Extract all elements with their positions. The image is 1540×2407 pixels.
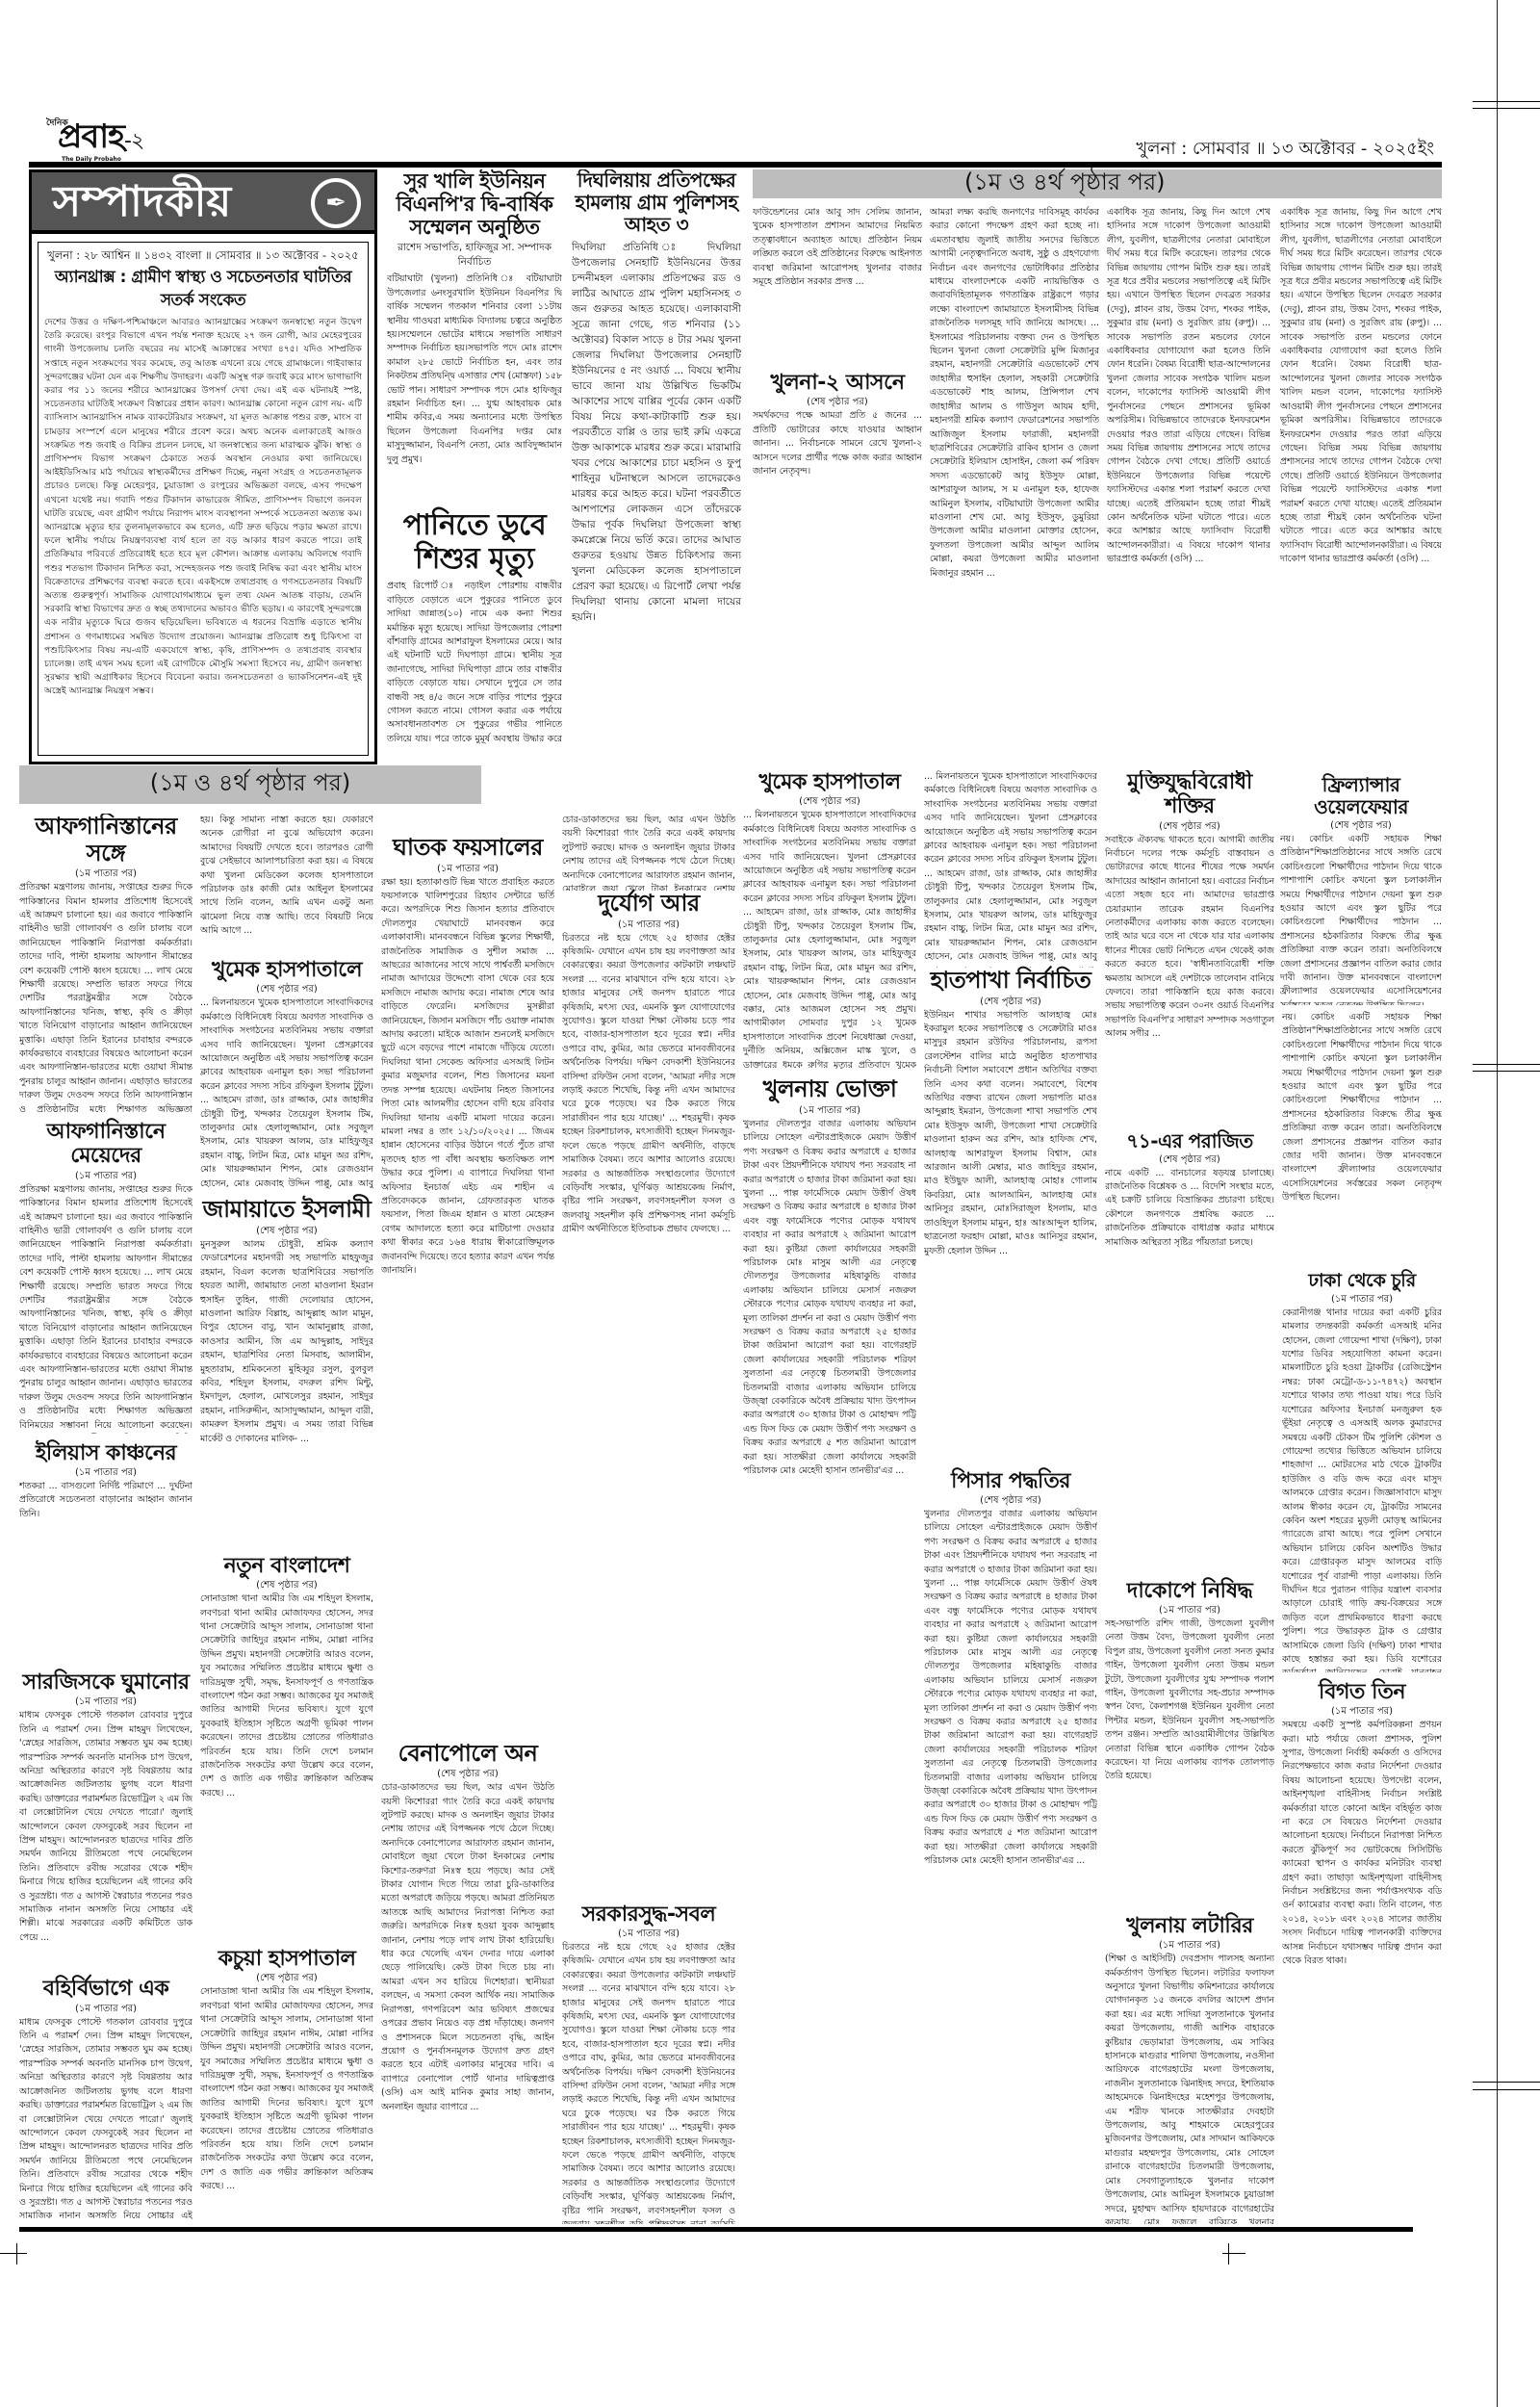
story-dakope: খুলনায় লটারির (১ম পাতার পর) (শিক্ষা ও আ… <box>1105 1914 1274 2224</box>
continuation-bar-middle: (১ম ও ৪র্থ পৃষ্ঠার পর) <box>19 765 481 804</box>
story-body: সোনাডাঙ্গা থানা আমীর জি এম শহিদুল ইসলাম,… <box>200 1985 373 2193</box>
continuation-note: (১ম পাতার পর) <box>1105 1603 1274 1618</box>
story-headline: দিঘলিয়ায় প্রতিপক্ষের হামলায় গ্রাম পুল… <box>572 169 741 236</box>
column-text: হয়। কিন্তু সামান্য নাস্তা করতে হয়। যেক… <box>200 814 373 958</box>
story-body: প্রতিরক্ষা মন্ত্রণালয় জানায়, সপ্তাহের … <box>19 881 192 1112</box>
continuation-note: (শেষ পৃষ্ঠার পর) <box>381 1767 554 1781</box>
story-headline: সরকারসুদ্ধ-সবল <box>562 1902 735 1927</box>
story-body: ইউনিয়ন শাখার সভাপতি আলহাজ্ব মোঃ ইকরামুল… <box>924 1009 1097 1462</box>
story-headline: খুমেক হাসপাতাল <box>743 770 916 794</box>
story-body: চোর-ডাকাতদের ভয় ছিল, আর এখন উঠতি বয়সী … <box>381 1781 554 2114</box>
story-body: খুলনার দৌলতপুর বাজার এলাকায় অভিযান চালি… <box>924 1508 1097 2162</box>
story-body: সহ-সভাপতি রশিদ গাজী, উপজেলা যুবলীগ নেতা … <box>1105 1618 1274 1906</box>
newspaper-logo: দৈনিক প্রবাহ-২ The Daily Probaho <box>29 114 183 168</box>
story-hatpakha: হাতপাখা নির্বাচিত (শেষ পৃষ্ঠার পর) ইউনিয… <box>924 968 1097 1462</box>
continuation-bar-top: (১ম ও ৪র্থ পৃষ্ঠার পর) <box>753 169 1442 198</box>
story-bohirvag: বহির্বিভাগে এক (১ম পাতার পর) মাধ্যম ফেসব… <box>19 1977 192 2224</box>
crop-mark <box>1473 2089 1540 2090</box>
continuation-note: (১ম পাতার পর) <box>1282 1292 1442 1307</box>
story-headline: খুলনায় লটারির <box>1105 1914 1274 1938</box>
logo-name: প্রবাহ-২ <box>58 119 143 159</box>
continuation-note: (১ম পাতার পর) <box>743 1103 916 1118</box>
story-pishar: পিসার পদ্ধতির (শেষ পৃষ্ঠার পর) খুলনার দৌ… <box>924 1469 1097 2162</box>
story-ghatok: ঘাতক ফয়সালের (১ম পাতার পর) রক্ষা হয়। হ… <box>381 835 554 1733</box>
story-body: কেরানীগঞ্জ থানার দায়ের করা একটি চুরির ম… <box>1282 1307 1442 1672</box>
crop-mark <box>1473 2082 1540 2083</box>
story-body: খুলনার দৌলতপুর বাজার এলাকায় অভিযান চালি… <box>743 1118 916 2138</box>
story-body: নয়। কোচিং একটি সহায়ক শিক্ষা প্রতিষ্ঠান… <box>1280 833 1442 1005</box>
continuation-note: (শেষ পৃষ্ঠার পর) <box>924 995 1097 1009</box>
story-headline: আফগানিস্তানের সঙ্গে <box>19 814 192 867</box>
story-headline: ঘাতক ফয়সালের <box>381 835 554 862</box>
masthead-rule <box>29 162 1442 168</box>
story-headline: দাকোপে নিষিদ্ধ <box>1105 1579 1274 1603</box>
story-headline: ফ্রিল্যান্সার ওয়েলফেয়ার <box>1280 774 1442 818</box>
story-sarkar-sobol: সরকারসুদ্ধ-সবল (১ম পাতার পর) চিরতরে নষ্ট… <box>562 1902 735 2224</box>
crop-mark <box>1473 101 1540 102</box>
story-subhead: রাশেদ সভাপতি, হাফিজুর সা. সম্পাদক নির্বা… <box>387 241 562 270</box>
story-headline: হাতপাখা নির্বাচিত <box>924 968 1097 995</box>
continuation-note: (১ম পাতার পর) <box>1282 1704 1442 1719</box>
crop-mark <box>1228 2243 1229 2265</box>
story-body: শতকরা ... বাসগুলো নির্দিষ্ট পরিমাণে ... … <box>19 1480 192 1663</box>
crop-mark <box>0 2253 27 2254</box>
continuation-note: (১ম পাতার পর) <box>19 1695 192 1709</box>
story-notun-bangladesh: নতুন বাংলাদেশ (শেষ পৃষ্ঠার পর) সোনাডাঙ্গ… <box>200 1554 373 1939</box>
column-5: খুমেক হাসপাতাল (শেষ পৃষ্ঠার পর) ... মিলন… <box>743 770 916 2224</box>
story-headline: ইলিয়াস কাঞ্চনের <box>19 1441 192 1465</box>
drowning-body: প্রবাহ রিপোর্ট ঃ নড়াইল পোরশায় বান্ধবীর… <box>387 580 562 747</box>
story-body: ... মিলনায়তনে খুমেক হাসপাতালে সাংবাদিকদ… <box>743 809 916 1069</box>
page-number: -২ <box>124 129 143 153</box>
column-text: ফাউন্ডেশনের মোঃ আবু সাদ সেলিম জানান, খুম… <box>753 206 922 365</box>
story-body: প্রতিরক্ষা মন্ত্রণালয় জানায়, সপ্তাহের … <box>19 1183 192 1434</box>
editorial-box: সম্পাদকীয় ✒ খুলনা : ২৮ আশ্বিন ॥ ১৪৩২ বা… <box>29 169 377 764</box>
newspaper-page: দৈনিক প্রবাহ-২ The Daily Probaho খুলনা :… <box>0 0 1540 2407</box>
story-seventy-one: দাকোপে নিষিদ্ধ (১ম পাতার পর) সহ-সভাপতি র… <box>1105 1579 1274 1906</box>
story-khumek-2: খুমেক হাসপাতাল (শেষ পৃষ্ঠার পর) ... মিলন… <box>743 770 916 1069</box>
column-text: চোর-ডাকাতদের ভয় ছিল, আর এখন উঠতি বয়সী … <box>562 814 735 891</box>
story-headline: বিগত তিন <box>1282 1680 1442 1704</box>
story-headline: জামায়াতে ইসলামী <box>200 1197 373 1224</box>
continuation-note: (শেষ পৃষ্ঠার পর) <box>200 1971 373 1985</box>
story-body: ... মিলনায়তনে খুমেক হাসপাতালে সাংবাদিকদ… <box>200 996 373 1189</box>
continuation-note: (শেষ পৃষ্ঠার পর) <box>200 1224 373 1238</box>
continuation-note: (১ম পাতার পর) <box>562 1927 735 1941</box>
story-body: সোনাডাঙ্গা থানা আমীর জি এম শহিদুল ইসলাম,… <box>200 1592 373 1939</box>
editorial-banner: সম্পাদকীয় ✒ <box>32 172 374 234</box>
column-3: ঘাতক ফয়সালের (১ম পাতার পর) রক্ষা হয়। হ… <box>381 814 554 2224</box>
page-right-border <box>1497 0 1498 2407</box>
continuation-note: (১ম পাতার পর) <box>1105 1938 1274 1953</box>
story-body: চিরতরে নষ্ট হয়ে গেছে ২৫ হাজার হেক্টর কৃ… <box>562 932 735 1895</box>
continuation-note: (শেষ পৃষ্ঠার পর) <box>1105 1152 1274 1167</box>
story-khumek: খুমেক হাসপাতালে (শেষ পৃষ্ঠার পর) ... মিল… <box>200 958 373 1189</box>
continuation-note: (শেষ পৃষ্ঠার পর) <box>1105 819 1274 834</box>
crop-mark <box>1473 108 1540 109</box>
masthead: দৈনিক প্রবাহ-২ The Daily Probaho খুলনা :… <box>29 114 1492 168</box>
story-muktijuddho: ৭১-এর পরাজিত (শেষ পৃষ্ঠার পর) নামে একটি … <box>1105 1130 1274 1571</box>
column-text: ... মিলনায়তনে খুমেক হাসপাতালে সাংবাদিকদ… <box>924 770 1097 968</box>
story-khulnay-cds: মুক্তিযুদ্ধবিরোধী শক্তির (শেষ পৃষ্ঠার পর… <box>1105 770 1274 1123</box>
column-6: ... মিলনায়তনে খুমেক হাসপাতালে সাংবাদিকদ… <box>924 770 1097 2224</box>
story-headline: সুর খালি ইউনিয়ন বিএনপি'র দ্বি-বার্ষিক স… <box>387 169 562 239</box>
story-freelancer: ঢাকা থেকে চুরি (১ম পাতার পর) কেরানীগঞ্জ … <box>1282 1271 1442 1672</box>
story-afghan-girls: আফগানিস্তানে মেয়েদের (১ম পাতার পর) প্রত… <box>19 1120 192 1434</box>
story-body: মুনসুরুল আলম চৌধুরী, শ্রমিক কল্যাণ ফেডার… <box>200 1238 373 1546</box>
story-headline: মুক্তিযুদ্ধবিরোধী শক্তির <box>1105 770 1274 819</box>
masthead-date: খুলনা : সোমবার ॥ ১৩ অক্টোবর - ২০২৫ইং <box>1136 135 1434 165</box>
continuation-note: (শেষ পৃষ্ঠার পর) <box>753 395 922 409</box>
story-body: চিরতরে নষ্ট হয়ে গেছে ২৫ হাজার হেক্টর কৃ… <box>562 1941 735 2224</box>
story-body: (শিক্ষা ও আইসিটি) দেবপ্রসাদ পালসহ অন্যান… <box>1105 1953 1274 2224</box>
story-body: বটিয়াঘাটা (খুলনা) প্রতিনিধি ঃ বটিয়াঘাট… <box>387 272 562 504</box>
story-body: দিঘলিয়া প্রতিনিধি ঃ দিঘলিয়া উপজেলার সে… <box>572 240 741 625</box>
editorial-date: খুলনা : ২৮ আশ্বিন ॥ ১৪৩২ বাংলা ॥ সোমবার … <box>44 246 362 264</box>
continuation-note: (শেষ পৃষ্ঠার পর) <box>924 1493 1097 1508</box>
top-right-col-1: ফাউন্ডেশনের মোঃ আবু সাদ সেলিম জানান, খুম… <box>753 206 922 755</box>
story-headline: নতুন বাংলাদেশ <box>200 1554 373 1578</box>
fountain-pen-icon: ✒ <box>311 178 361 228</box>
continuation-note: (শেষ পৃষ্ঠার পর) <box>200 982 373 996</box>
bnp-conference-story: সুর খালি ইউনিয়ন বিএনপি'র দ্বি-বার্ষিক স… <box>387 169 562 747</box>
story-headline: কচুয়া হাসপাতাল <box>200 1947 373 1971</box>
khulna2-body: সমর্থকদের পক্ষে আমরা প্রতি ৫ জনের ... প্… <box>753 409 922 479</box>
continuation-note: (শেষ পৃষ্ঠার পর) <box>200 1578 373 1592</box>
story-body: মাধ্যম ফেসবুক পোস্টে গতকাল রোববার দুপুরে… <box>19 2016 192 2224</box>
column-8: নয়। কোচিং একটি সহায়ক শিক্ষা প্রতিষ্ঠান… <box>1282 1011 1442 2224</box>
story-body: সমন্বয়ে একটি সুস্পষ্ট কর্মপরিকল্পনা প্র… <box>1282 1719 1442 2065</box>
page-bottom-rule <box>19 2227 1413 2232</box>
story-headline: সারজিসকে ঘুমানোর <box>19 1670 192 1695</box>
editorial-body: দেশের উত্তর ও দক্ষিণ-পশ্চিমাঞ্চলে আবারও … <box>44 316 362 699</box>
column-2: হয়। কিন্তু সামান্য নাস্তা করতে হয়। যেক… <box>200 814 373 2224</box>
column-7: মুক্তিযুদ্ধবিরোধী শক্তির (শেষ পৃষ্ঠার পর… <box>1105 770 1274 2224</box>
continuation-note: (শেষ পৃষ্ঠার পর) <box>1280 818 1442 833</box>
continuation-note: (১ম পাতার পর) <box>562 918 735 932</box>
story-sarjis: সারজিসকে ঘুমানোর (১ম পাতার পর) মাধ্যম ফে… <box>19 1670 192 1969</box>
editorial-content: খুলনা : ২৮ আশ্বিন ॥ ১৪৩২ বাংলা ॥ সোমবার … <box>38 242 369 756</box>
continuation-note: (১ম পাতার পর) <box>381 862 554 876</box>
khulna2-headline: খুলনা-২ আসনে <box>753 371 922 395</box>
story-headline: ঢাকা থেকে চুরি <box>1282 1271 1442 1292</box>
story-headline: খুমেক হাসপাতালে <box>200 958 373 982</box>
story-jamaat: জামায়াতে ইসলামী (শেষ পৃষ্ঠার পর) মুনসুর… <box>200 1197 373 1546</box>
editorial-title: সম্পাদকীয় <box>53 176 231 228</box>
column-1: আফগানিস্তানের সঙ্গে (১ম পাতার পর) প্রতির… <box>19 814 192 2224</box>
top-right-col-2: আমরা লক্ষ্য করছি জনগণের দাবিসমূহ কার্যকর… <box>930 206 1099 755</box>
story-dhaka-churi: বিগত তিন (১ম পাতার পর) সমন্বয়ে একটি সুস… <box>1282 1680 1442 2065</box>
story-durjog: দুর্যোগ আর (১ম পাতার পর) চিরতরে নষ্ট হয়… <box>562 891 735 1895</box>
story-afghan-with: আফগানিস্তানের সঙ্গে (১ম পাতার পর) প্রতির… <box>19 814 192 1112</box>
story-body: সবাইকে ঐক্যবদ্ধ থাকতে হবে। আগামী জাতীয় … <box>1105 834 1274 1123</box>
story-headline: বহির্বিভাগে এক <box>19 1977 192 2001</box>
story-kuchua: কচুয়া হাসপাতাল (শেষ পৃষ্ঠার পর) সোনাডাঙ… <box>200 1947 373 2193</box>
continuation-note: (১ম পাতার পর) <box>19 1465 192 1480</box>
story-benapole: বেনাপোলে অন (শেষ পৃষ্ঠার পর) চোর-ডাকাতদে… <box>381 1741 554 2114</box>
crop-mark <box>1473 1064 1540 1065</box>
dighalia-story: দিঘলিয়ায় প্রতিপক্ষের হামলায় গ্রাম পুল… <box>572 169 741 747</box>
column-4: চোর-ডাকাতদের ভয় ছিল, আর এখন উঠতি বয়সী … <box>562 814 735 2224</box>
story-headline: আফগানিস্তানে মেয়েদের <box>19 1120 192 1169</box>
crop-mark <box>16 2243 17 2265</box>
continuation-note: (১ম পাতার পর) <box>19 2002 192 2016</box>
story-headline: দুর্যোগ আর <box>562 891 735 918</box>
top-right-col-3: একাধিক সূত্র জানায়, কিছু দিন আগে শেখ হা… <box>1107 206 1270 755</box>
story-khulnay-vokta: খুলনায় ভোক্তা (১ম পাতার পর) খুলনার দৌলত… <box>743 1076 916 2138</box>
column-text: নয়। কোচিং একটি সহায়ক শিক্ষা প্রতিষ্ঠান… <box>1282 1011 1442 1271</box>
crop-mark <box>1473 1071 1540 1072</box>
story-body: নামে একটি ... বানচালের ষড়যন্ত্র চালাচ্ছ… <box>1105 1167 1274 1571</box>
drowning-headline: পানিতে ডুবে শিশুর মৃত্যু <box>387 509 562 576</box>
story-headline: বেনাপোলে অন <box>381 1741 554 1768</box>
story-headline: খুলনায় ভোক্তা <box>743 1076 916 1103</box>
story-body: রক্ষা হয়। হত্যাকাণ্ডটি ভিন্ন খাতে প্রবা… <box>381 876 554 1733</box>
column-text: একাধিক সূত্র জানায়, কিছু দিন আগে শেখ হা… <box>1280 206 1442 774</box>
crop-mark <box>1222 2253 1245 2254</box>
editorial-headline: অ্যানথ্রাক্স : গ্রামীণ স্বাস্থ্য ও সচেতন… <box>44 266 362 312</box>
story-body: মাধ্যম ফেসবুক পোস্টে গতকাল রোববার দুপুরে… <box>19 1709 192 1969</box>
lottery-story: একাধিক সূত্র জানায়, কিছু দিন আগে শেখ হা… <box>1280 206 1442 1005</box>
continuation-note: (১ম পাতার পর) <box>19 867 192 881</box>
continuation-note: (শেষ পৃষ্ঠার পর) <box>743 794 916 809</box>
story-headline: পিসার পদ্ধতির <box>924 1469 1097 1493</box>
continuation-note: (১ম পাতার পর) <box>19 1169 192 1183</box>
story-ilias: ইলিয়াস কাঞ্চনের (১ম পাতার পর) শতকরা ...… <box>19 1441 192 1663</box>
story-headline: ৭১-এর পরাজিত <box>1105 1130 1274 1152</box>
